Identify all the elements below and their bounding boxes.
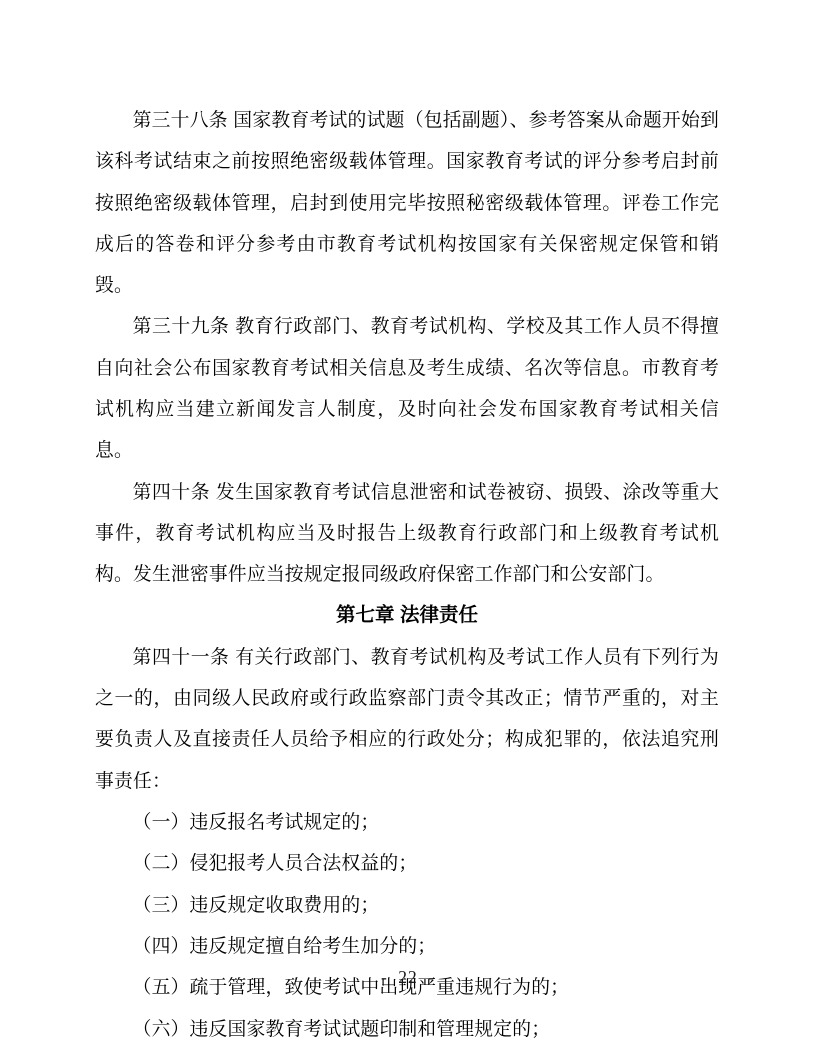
- article-41-paragraph: 第四十一条 有关行政部门、教育考试机构及考试工作人员有下列行为之一的，由同级人民…: [95, 636, 719, 801]
- article-38-paragraph: 第三十八条 国家教育考试的试题（包括副题）、参考答案从命题开始到该科考试结束之前…: [95, 99, 719, 305]
- chapter-heading: 第七章 法律责任: [95, 595, 719, 636]
- clause-item-4: （四）违反规定擅自给考生加分的；: [95, 925, 719, 966]
- clause-item-1: （一）违反报名考试规定的；: [95, 801, 719, 842]
- document-page: 第三十八条 国家教育考试的试题（包括副题）、参考答案从命题开始到该科考试结束之前…: [0, 0, 816, 1056]
- article-40-paragraph: 第四十条 发生国家教育考试信息泄密和试卷被窃、损毁、涂改等重大事件，教育考试机构…: [95, 471, 719, 595]
- page-number: - 22 -: [0, 966, 816, 988]
- clause-item-3: （三）违反规定收取费用的；: [95, 884, 719, 925]
- article-39-paragraph: 第三十九条 教育行政部门、教育考试机构、学校及其工作人员不得擅自向社会公布国家教…: [95, 305, 719, 470]
- clause-item-2: （二）侵犯报考人员合法权益的；: [95, 842, 719, 883]
- clause-item-6: （六）违反国家教育考试试题印制和管理规定的；: [95, 1008, 719, 1049]
